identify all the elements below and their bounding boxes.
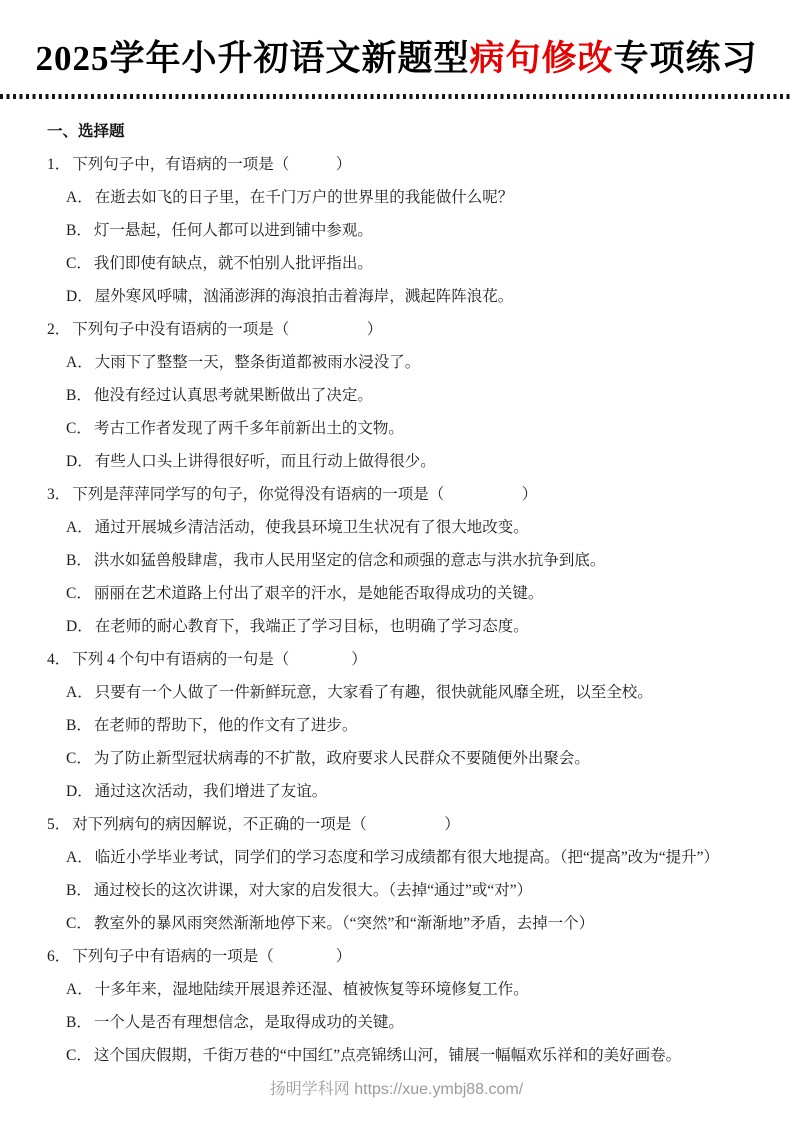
option-label: D． (66, 618, 93, 635)
option-text: 通过校长的这次讲课，对大家的启发很大。（去掉“通过”或“对”） (94, 882, 532, 899)
title-highlight: 病句修改 (469, 39, 613, 78)
question-6: 6．下列句子中有语病的一项是（ ） A．十多年来，湿地陆续开展退养还湿、植被恢复… (47, 948, 753, 1065)
question-1-option-b: B．灯一悬起，任何人都可以进到铺中参观。 (47, 222, 753, 240)
option-label: C． (66, 750, 92, 767)
question-1-option-a: A．在逝去如飞的日子里，在千门万户的世界里的我能做什么呢？ (47, 189, 753, 207)
question-1: 1．下列句子中，有语病的一项是（ ） A．在逝去如飞的日子里，在千门万户的世界里… (47, 156, 753, 306)
question-3-option-b: B．洪水如猛兽般肆虐，我市人民用坚定的信念和顽强的意志与洪水抗争到底。 (47, 552, 753, 570)
question-number: 4． (47, 651, 70, 668)
option-text: 在老师的耐心教育下，我端正了学习目标，也明确了学习态度。 (95, 618, 529, 635)
option-text: 只要有一个人做了一件新鲜玩意，大家看了有趣，很快就能风靡全班，以至全校。 (95, 684, 653, 701)
option-label: A． (66, 684, 93, 701)
option-label: B． (66, 717, 92, 734)
question-4: 4．下列 4 个句中有语病的一句是（ ） A．只要有一个人做了一件新鲜玩意，大家… (47, 651, 753, 801)
question-5-option-b: B．通过校长的这次讲课，对大家的启发很大。（去掉“通过”或“对”） (47, 882, 753, 900)
question-4-option-a: A．只要有一个人做了一件新鲜玩意，大家看了有趣，很快就能风靡全班，以至全校。 (47, 684, 753, 702)
option-text: 这个国庆假期，千街万巷的“中国红”点亮锦绣山河，铺展一幅幅欢乐祥和的美好画卷。 (94, 1047, 681, 1064)
question-stem-text: 下列句子中，有语病的一项是（ ） (72, 156, 351, 173)
option-text: 在老师的帮助下，他的作文有了进步。 (94, 717, 358, 734)
dotted-divider (0, 94, 793, 99)
question-stem-text: 下列 4 个句中有语病的一句是（ ） (72, 651, 367, 668)
question-3-option-d: D．在老师的耐心教育下，我端正了学习目标，也明确了学习态度。 (47, 618, 753, 636)
question-list: 一、选择题 1．下列句子中，有语病的一项是（ ） A．在逝去如飞的日子里，在千门… (0, 123, 793, 1065)
question-2-option-d: D．有些人口头上讲得很好听，而且行动上做得很少。 (47, 453, 753, 471)
question-3-option-a: A．通过开展城乡清洁活动，使我县环境卫生状况有了很大地改变。 (47, 519, 753, 537)
option-label: B． (66, 387, 92, 404)
question-2: 2．下列句子中没有语病的一项是（ ） A．大雨下了整整一天，整条街道都被雨水浸没… (47, 321, 753, 471)
question-4-option-d: D．通过这次活动，我们增进了友谊。 (47, 783, 753, 801)
question-number: 1． (47, 156, 70, 173)
option-label: C． (66, 915, 92, 932)
option-text: 有些人口头上讲得很好听，而且行动上做得很少。 (95, 453, 436, 470)
question-5-option-c: C．教室外的暴风雨突然渐渐地停下来。（“突然”和“渐渐地”矛盾，去掉一个） (47, 915, 753, 933)
question-6-option-a: A．十多年来，湿地陆续开展退养还湿、植被恢复等环境修复工作。 (47, 981, 753, 999)
question-6-stem: 6．下列句子中有语病的一项是（ ） (47, 948, 753, 966)
option-text: 教室外的暴风雨突然渐渐地停下来。（“突然”和“渐渐地”矛盾，去掉一个） (94, 915, 594, 932)
question-4-stem: 4．下列 4 个句中有语病的一句是（ ） (47, 651, 753, 669)
question-2-option-a: A．大雨下了整整一天，整条街道都被雨水浸没了。 (47, 354, 753, 372)
question-stem-text: 对下列病句的病因解说，不正确的一项是（ ） (72, 816, 460, 833)
option-text: 考古工作者发现了两千多年前新出土的文物。 (94, 420, 404, 437)
option-label: B． (66, 882, 92, 899)
option-text: 通过开展城乡清洁活动，使我县环境卫生状况有了很大地改变。 (95, 519, 529, 536)
option-label: A． (66, 354, 93, 371)
option-text: 屋外寒风呼啸，汹涌澎湃的海浪拍击着海岸，溅起阵阵浪花。 (95, 288, 514, 305)
option-text: 丽丽在艺术道路上付出了艰辛的汗水，是她能否取得成功的关键。 (94, 585, 544, 602)
option-label: D． (66, 783, 93, 800)
option-label: A． (66, 849, 93, 866)
question-1-stem: 1．下列句子中，有语病的一项是（ ） (47, 156, 753, 174)
page-title: 2025学年小升初语文新题型病句修改专项练习 (0, 0, 793, 85)
question-stem-text: 下列句子中没有语病的一项是（ ） (72, 321, 382, 338)
option-text: 十多年来，湿地陆续开展退养还湿、植被恢复等环境修复工作。 (95, 981, 529, 998)
question-number: 3． (47, 486, 70, 503)
section-header: 一、选择题 (47, 123, 753, 141)
option-label: A． (66, 981, 93, 998)
question-5-stem: 5．对下列病句的病因解说，不正确的一项是（ ） (47, 816, 753, 834)
option-text: 洪水如猛兽般肆虐，我市人民用坚定的信念和顽强的意志与洪水抗争到底。 (94, 552, 606, 569)
question-6-option-c: C．这个国庆假期，千街万巷的“中国红”点亮锦绣山河，铺展一幅幅欢乐祥和的美好画卷… (47, 1047, 753, 1065)
title-suffix: 专项练习 (614, 39, 758, 78)
question-3-stem: 3．下列是萍萍同学写的句子，你觉得没有语病的一项是（ ） (47, 486, 753, 504)
question-2-stem: 2．下列句子中没有语病的一项是（ ） (47, 321, 753, 339)
question-1-option-c: C．我们即使有缺点，就不怕别人批评指出。 (47, 255, 753, 273)
option-text: 在逝去如飞的日子里，在千门万户的世界里的我能做什么呢？ (95, 189, 514, 206)
option-label: A． (66, 189, 93, 206)
question-2-option-c: C．考古工作者发现了两千多年前新出土的文物。 (47, 420, 753, 438)
footer-watermark: 扬明学科网 https://xue.ymbj88.com/ (0, 1076, 793, 1099)
question-stem-text: 下列是萍萍同学写的句子，你觉得没有语病的一项是（ ） (72, 486, 537, 503)
option-label: B． (66, 552, 92, 569)
option-text: 通过这次活动，我们增进了友谊。 (95, 783, 328, 800)
question-4-option-b: B．在老师的帮助下，他的作文有了进步。 (47, 717, 753, 735)
option-label: C． (66, 1047, 92, 1064)
option-text: 灯一悬起，任何人都可以进到铺中参观。 (94, 222, 373, 239)
option-label: D． (66, 288, 93, 305)
question-3: 3．下列是萍萍同学写的句子，你觉得没有语病的一项是（ ） A．通过开展城乡清洁活… (47, 486, 753, 636)
question-5-option-a: A．临近小学毕业考试，同学们的学习态度和学习成绩都有很大地提高。（把“提高”改为… (47, 849, 753, 867)
option-text: 大雨下了整整一天，整条街道都被雨水浸没了。 (95, 354, 421, 371)
option-text: 一个人是否有理想信念，是取得成功的关键。 (94, 1014, 404, 1031)
question-6-option-b: B．一个人是否有理想信念，是取得成功的关键。 (47, 1014, 753, 1032)
option-text: 我们即使有缺点，就不怕别人批评指出。 (94, 255, 373, 272)
option-label: B． (66, 1014, 92, 1031)
option-label: D． (66, 453, 93, 470)
question-4-option-c: C．为了防止新型冠状病毒的不扩散，政府要求人民群众不要随便外出聚会。 (47, 750, 753, 768)
option-text: 临近小学毕业考试，同学们的学习态度和学习成绩都有很大地提高。（把“提高”改为“提… (95, 849, 719, 866)
exam-document-page: 2025学年小升初语文新题型病句修改专项练习 一、选择题 1．下列句子中，有语病… (0, 0, 793, 1122)
question-number: 6． (47, 948, 70, 965)
title-prefix: 2025学年小升初语文新题型 (35, 39, 469, 78)
question-1-option-d: D．屋外寒风呼啸，汹涌澎湃的海浪拍击着海岸，溅起阵阵浪花。 (47, 288, 753, 306)
question-2-option-b: B．他没有经过认真思考就果断做出了决定。 (47, 387, 753, 405)
question-number: 2． (47, 321, 70, 338)
option-text: 为了防止新型冠状病毒的不扩散，政府要求人民群众不要随便外出聚会。 (94, 750, 590, 767)
option-label: C． (66, 585, 92, 602)
option-label: C． (66, 255, 92, 272)
question-stem-text: 下列句子中有语病的一项是（ ） (72, 948, 351, 965)
question-5: 5．对下列病句的病因解说，不正确的一项是（ ） A．临近小学毕业考试，同学们的学… (47, 816, 753, 933)
option-label: C． (66, 420, 92, 437)
option-label: B． (66, 222, 92, 239)
question-number: 5． (47, 816, 70, 833)
option-text: 他没有经过认真思考就果断做出了决定。 (94, 387, 373, 404)
option-label: A． (66, 519, 93, 536)
question-3-option-c: C．丽丽在艺术道路上付出了艰辛的汗水，是她能否取得成功的关键。 (47, 585, 753, 603)
